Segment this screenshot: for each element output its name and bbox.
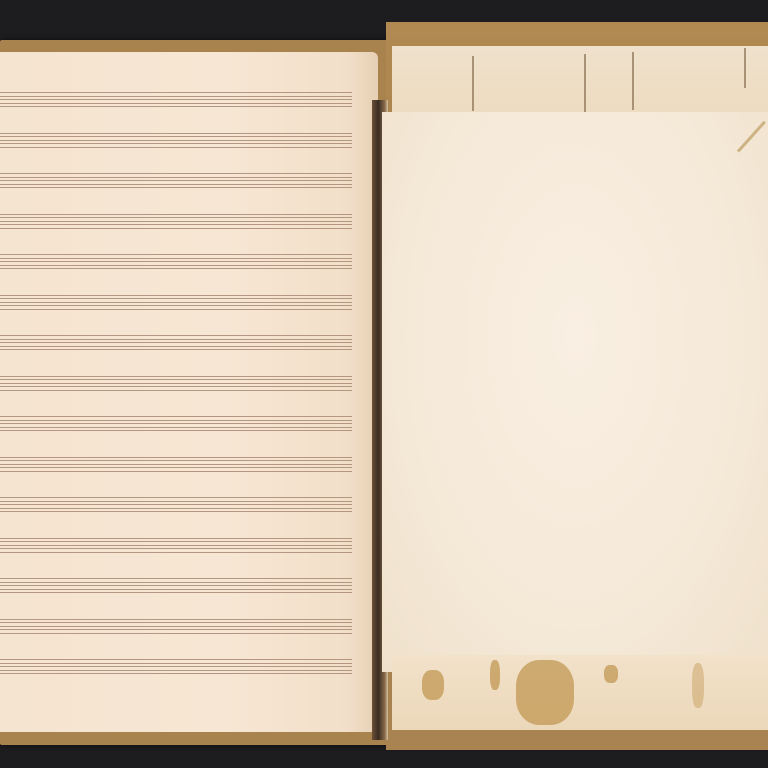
left-page-music-staff-paper: [0, 52, 378, 732]
music-staff: [0, 619, 352, 633]
water-stain: [692, 663, 704, 708]
music-staff: [0, 659, 352, 673]
music-staff: [0, 295, 352, 309]
crease: [584, 54, 586, 114]
water-stain: [422, 670, 444, 700]
music-staff: [0, 92, 352, 106]
music-staff: [0, 457, 352, 471]
right-page-blank: [382, 112, 768, 672]
water-stain: [604, 665, 618, 683]
crease: [632, 52, 634, 110]
right-page-stained-bottom: [392, 655, 768, 730]
crease: [472, 56, 474, 111]
music-staff: [0, 578, 352, 592]
water-stain: [490, 660, 500, 690]
music-staff: [0, 214, 352, 228]
music-staff: [0, 416, 352, 430]
crease: [744, 48, 746, 88]
music-staff: [0, 335, 352, 349]
music-staff: [0, 254, 352, 268]
music-staff: [0, 538, 352, 552]
music-staff: [0, 173, 352, 187]
water-stain: [516, 660, 574, 725]
music-staff: [0, 497, 352, 511]
music-staff: [0, 376, 352, 390]
music-staff: [0, 133, 352, 147]
